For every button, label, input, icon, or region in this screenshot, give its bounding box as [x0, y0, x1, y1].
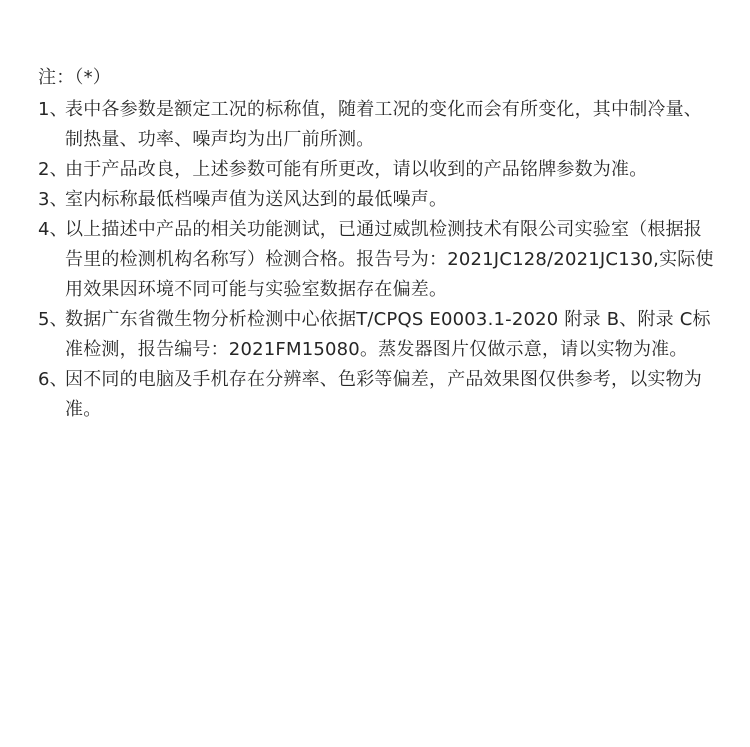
notes-header: 注：（*）	[38, 63, 714, 93]
note-item-6: 6、 因不同的电脑及手机存在分辨率、色彩等偏差，产品效果图仅供参考，以实物为准。	[38, 365, 714, 425]
product-notes-page: 注：（*） 1、 表中各参数是额定工况的标称值，随着工况的变化而会有所变化，其中…	[0, 0, 750, 747]
note-text-6: 因不同的电脑及手机存在分辨率、色彩等偏差，产品效果图仅供参考，以实物为准。	[65, 369, 702, 420]
note-number-2: 2、	[38, 155, 68, 185]
note-text-4: 以上描述中产品的相关功能测试，已通过威凯检测技术有限公司实验室（根据报告里的检测…	[65, 219, 714, 300]
note-text-3: 室内标称最低档噪声值为送风达到的最低噪声。	[65, 189, 447, 210]
note-text-5: 数据广东省微生物分析检测中心依据T/CPQS E0003.1-2020 附录 B…	[65, 309, 711, 360]
note-item-4: 4、 以上描述中产品的相关功能测试，已通过威凯检测技术有限公司实验室（根据报告里…	[38, 215, 714, 305]
note-text-2: 由于产品改良，上述参数可能有所更改，请以收到的产品铭牌参数为准。	[65, 159, 647, 180]
notes-content: 注：（*） 1、 表中各参数是额定工况的标称值，随着工况的变化而会有所变化，其中…	[38, 63, 714, 425]
note-number-5: 5、	[38, 305, 68, 335]
note-item-3: 3、 室内标称最低档噪声值为送风达到的最低噪声。	[38, 185, 714, 215]
note-item-1: 1、 表中各参数是额定工况的标称值，随着工况的变化而会有所变化，其中制冷量、制热…	[38, 95, 714, 155]
note-number-6: 6、	[38, 365, 68, 395]
note-text-1: 表中各参数是额定工况的标称值，随着工况的变化而会有所变化，其中制冷量、制热量、功…	[65, 99, 702, 150]
note-number-4: 4、	[38, 215, 68, 245]
note-number-3: 3、	[38, 185, 68, 215]
note-item-5: 5、 数据广东省微生物分析检测中心依据T/CPQS E0003.1-2020 附…	[38, 305, 714, 365]
note-number-1: 1、	[38, 95, 68, 125]
note-item-2: 2、 由于产品改良，上述参数可能有所更改，请以收到的产品铭牌参数为准。	[38, 155, 714, 185]
